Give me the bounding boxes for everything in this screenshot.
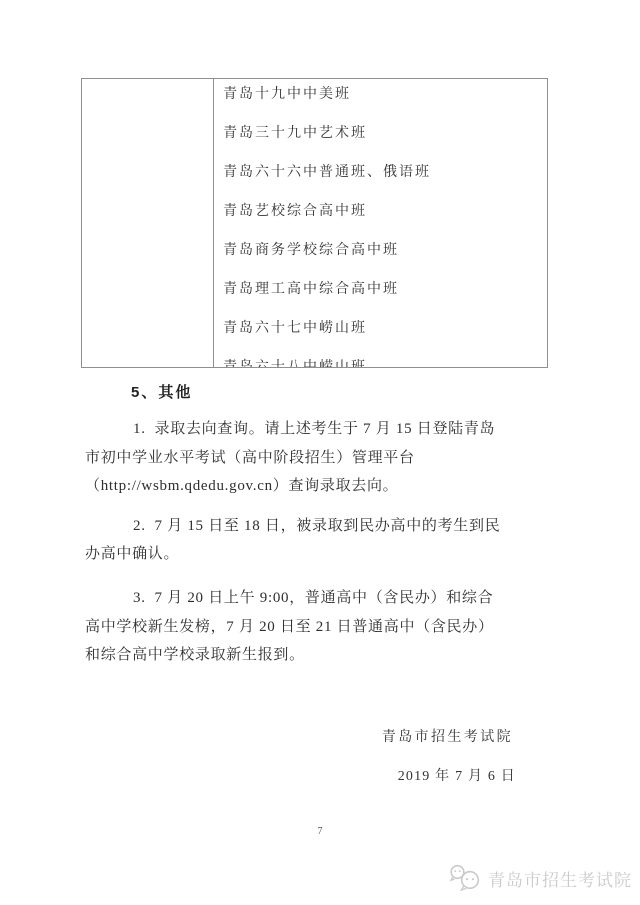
section-heading: 5、其他 [131,381,192,402]
school-table: 青岛十九中中美班 青岛三十九中艺术班 青岛六十六中普通班、俄语班 青岛艺校综合高… [81,78,548,368]
table-row: 青岛三十九中艺术班 [223,125,547,164]
paragraph-3: 3. 7 月 20 日上午 9:00，普通高中（含民办）和综合 高中学校新生发榜… [85,590,563,676]
table-row: 青岛商务学校综合高中班 [223,242,547,281]
table-empty-header-cell [82,79,214,367]
document-page: 青岛十九中中美班 青岛三十九中艺术班 青岛六十六中普通班、俄语班 青岛艺校综合高… [0,0,640,905]
table-row: 青岛艺校综合高中班 [223,203,547,242]
signature-date: 2019 年 7 月 6 日 [398,765,516,785]
footer-watermark: 青岛市招生考试院 [448,862,632,894]
signature-org: 青岛市招生考试院 [382,726,513,746]
page-number: 7 [0,826,640,837]
paragraph-line: 和综合高中学校录取新生报到。 [85,647,563,676]
footer-watermark-text: 青岛市招生考试院 [488,866,632,891]
table-school-list: 青岛十九中中美班 青岛三十九中艺术班 青岛六十六中普通班、俄语班 青岛艺校综合高… [214,79,547,367]
table-row: 青岛十九中中美班 [223,86,547,125]
paragraph-line: 办高中确认。 [85,546,563,575]
table-row: 青岛六十八中崂山班 [223,359,547,367]
table-row: 青岛六十七中崂山班 [223,320,547,359]
paragraph-line: （http://wsbm.qdedu.gov.cn）查询录取去向。 [85,478,563,507]
wechat-icon [448,863,484,893]
paragraph-line: 2. 7 月 15 日至 18 日，被录取到民办高中的考生到民 [85,518,563,547]
paragraph-2: 2. 7 月 15 日至 18 日，被录取到民办高中的考生到民 办高中确认。 [85,518,563,575]
paragraph-line: 市初中学业水平考试（高中阶段招生）管理平台 [85,450,563,479]
table-row: 青岛六十六中普通班、俄语班 [223,164,547,203]
paragraph-line: 高中学校新生发榜，7 月 20 日至 21 日普通高中（含民办） [85,619,563,648]
paragraph-line: 1. 录取去向查询。请上述考生于 7 月 15 日登陆青岛 [85,421,563,450]
paragraph-line: 3. 7 月 20 日上午 9:00，普通高中（含民办）和综合 [85,590,563,619]
body-paragraphs: 1. 录取去向查询。请上述考生于 7 月 15 日登陆青岛 市初中学业水平考试（… [85,421,563,676]
table-row: 青岛理工高中综合高中班 [223,281,547,320]
paragraph-1: 1. 录取去向查询。请上述考生于 7 月 15 日登陆青岛 市初中学业水平考试（… [85,421,563,507]
